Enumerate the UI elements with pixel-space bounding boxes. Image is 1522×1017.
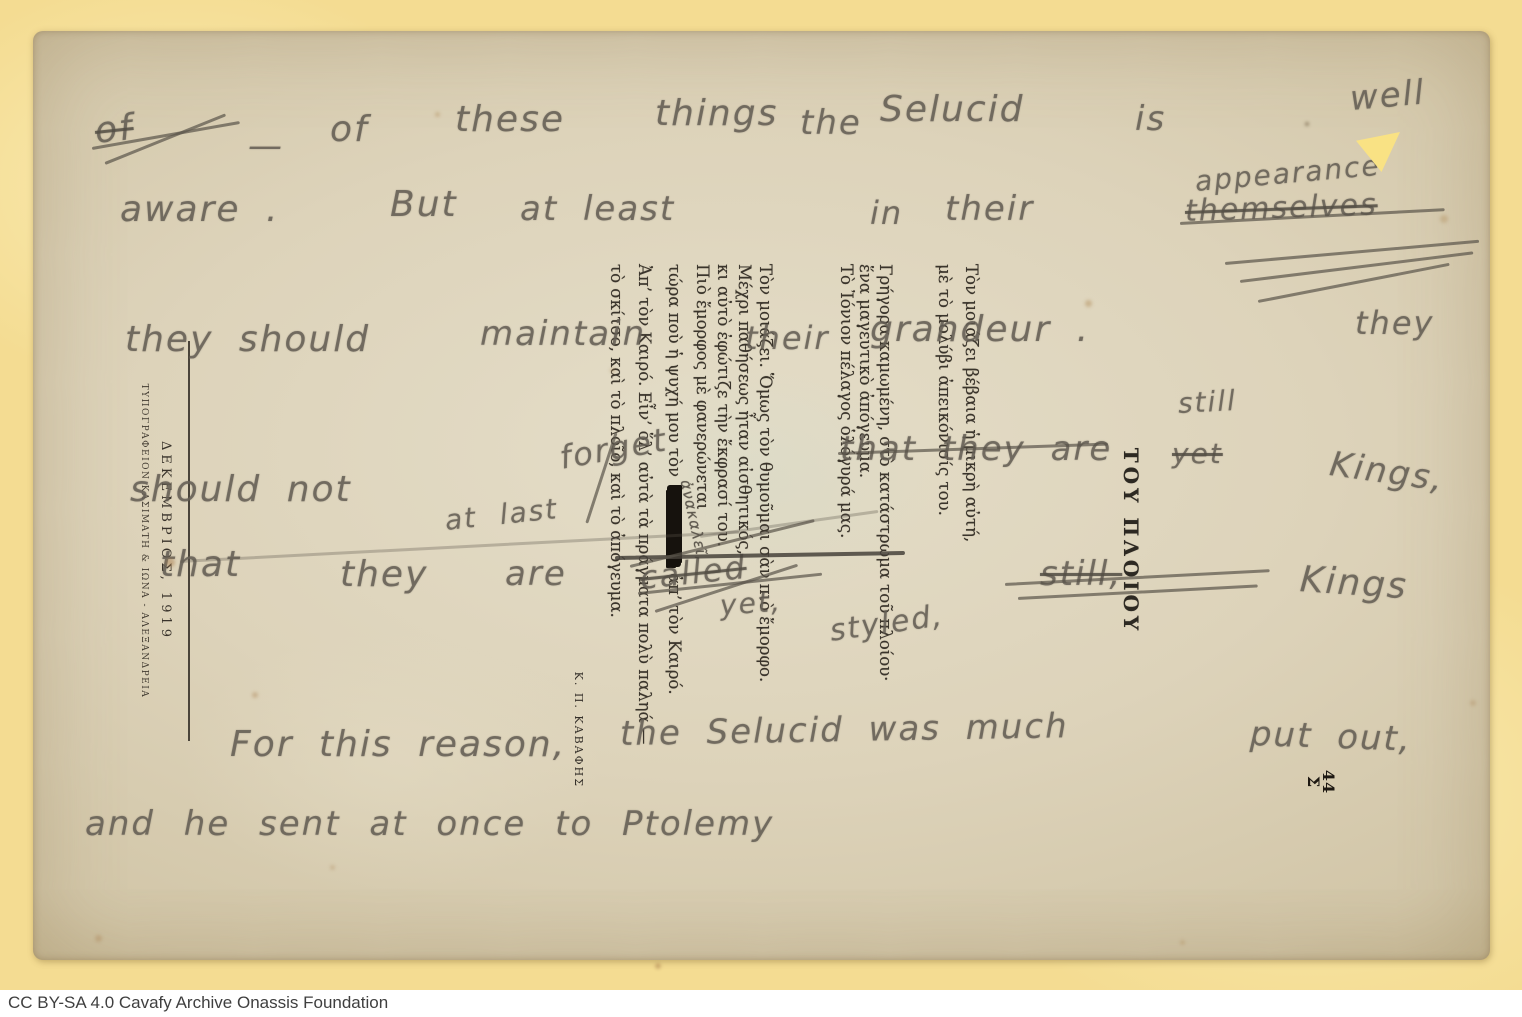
handwritten-word: are xyxy=(505,554,567,594)
handwritten-word: of xyxy=(330,109,369,150)
handwritten-word: their xyxy=(945,189,1034,229)
handwritten-word: well xyxy=(1348,72,1427,118)
handwritten-word: grandeur . xyxy=(870,309,1090,350)
poem-line: τώρα ποὺ ἡ ψυχή μου τὸνἀνακαλεῖ,ἀπ’ τὸν … xyxy=(665,264,684,695)
archival-number-line: 44 xyxy=(1321,753,1336,811)
stain-spot xyxy=(435,112,440,117)
poem-title: ΤΟΥ ΠΛΟΙΟΥ xyxy=(1119,256,1143,826)
handwritten-word-struck: still, xyxy=(1040,554,1122,594)
handwritten-word: should not xyxy=(130,469,352,510)
handwritten-word: Selucid xyxy=(880,89,1024,130)
poet-signature: Κ. Π. ΚΑΒΑΦΗΣ xyxy=(572,672,585,788)
scanned-manuscript-page: ΤΟΥ ΠΛΟΙΟΥ Τὸν μοιάζει βέβαια ἡ μικρὴ αὐ… xyxy=(33,31,1490,960)
handwritten-word: For this reason, xyxy=(230,724,566,765)
stain-spot xyxy=(252,692,258,698)
handwritten-word: things xyxy=(655,93,778,134)
license-caption-text: CC BY-SA 4.0 Cavafy Archive Onassis Foun… xyxy=(8,993,388,1013)
handwritten-word: the xyxy=(800,103,862,143)
poem-line: κι αὐτὸ ἐφώτιζε τὴν ἔκφρασί του. xyxy=(714,264,733,547)
handwritten-word-inserted: still xyxy=(1177,384,1238,420)
stain-spot xyxy=(1440,215,1448,223)
handwritten-word: the Selucid was much xyxy=(620,706,1069,754)
poem-line: Τὸν μοιάζει βέβαια ἡ μικρὴ αὐτή, xyxy=(962,264,981,542)
handwritten-word: at least xyxy=(520,189,675,229)
archival-number-line: Σ xyxy=(1306,753,1321,811)
stain-spot xyxy=(1305,122,1309,126)
stain-spot xyxy=(330,865,335,870)
handwritten-word: — xyxy=(248,126,284,166)
handwritten-word: their xyxy=(745,319,830,357)
handwritten-word: these xyxy=(455,99,565,140)
stain-spot xyxy=(1085,300,1092,307)
poem-line: Πιὸ ἔμορφος μὲ φανερώνεται xyxy=(693,264,712,510)
stain-spot xyxy=(655,963,661,969)
handwritten-word: they xyxy=(340,554,428,595)
handwritten-word: maintain xyxy=(480,314,646,354)
poem-line: μὲ τὸ μολύβι ἀπεικόνισίς του. xyxy=(935,264,954,516)
handwritten-word: Kings xyxy=(1299,559,1410,607)
handwritten-word: aware . xyxy=(120,189,279,230)
colophon-rule xyxy=(188,341,190,741)
poem-line: Μέχρι παθήσεως ἦταν αἰσθητικός, xyxy=(735,264,754,555)
handwritten-word: yet, xyxy=(719,585,783,622)
handwritten-word: and he sent at once to Ptolemy xyxy=(85,804,774,844)
stain-spot xyxy=(166,558,175,567)
pencil-scribble xyxy=(1225,240,1479,265)
handwritten-word: they should xyxy=(125,319,370,360)
stain-spot xyxy=(95,935,102,942)
stain-spot xyxy=(1180,940,1185,945)
handwritten-word: But xyxy=(390,184,458,225)
handwritten-word: in xyxy=(870,194,903,232)
handwritten-word: Kings, xyxy=(1327,444,1447,500)
stain-spot xyxy=(1470,700,1476,706)
archival-number: 44 Σ xyxy=(1288,753,1336,811)
handwritten-word: is xyxy=(1135,99,1166,139)
stain-spot xyxy=(610,368,615,373)
poem-line: Τὸ Ἰόνιον πέλαγος ὁλόγυρά μας. xyxy=(837,264,856,538)
handwritten-word-struck: yet xyxy=(1172,437,1223,470)
handwritten-word: they xyxy=(1355,304,1434,342)
license-caption-bar: CC BY-SA 4.0 Cavafy Archive Onassis Foun… xyxy=(0,990,1522,1017)
